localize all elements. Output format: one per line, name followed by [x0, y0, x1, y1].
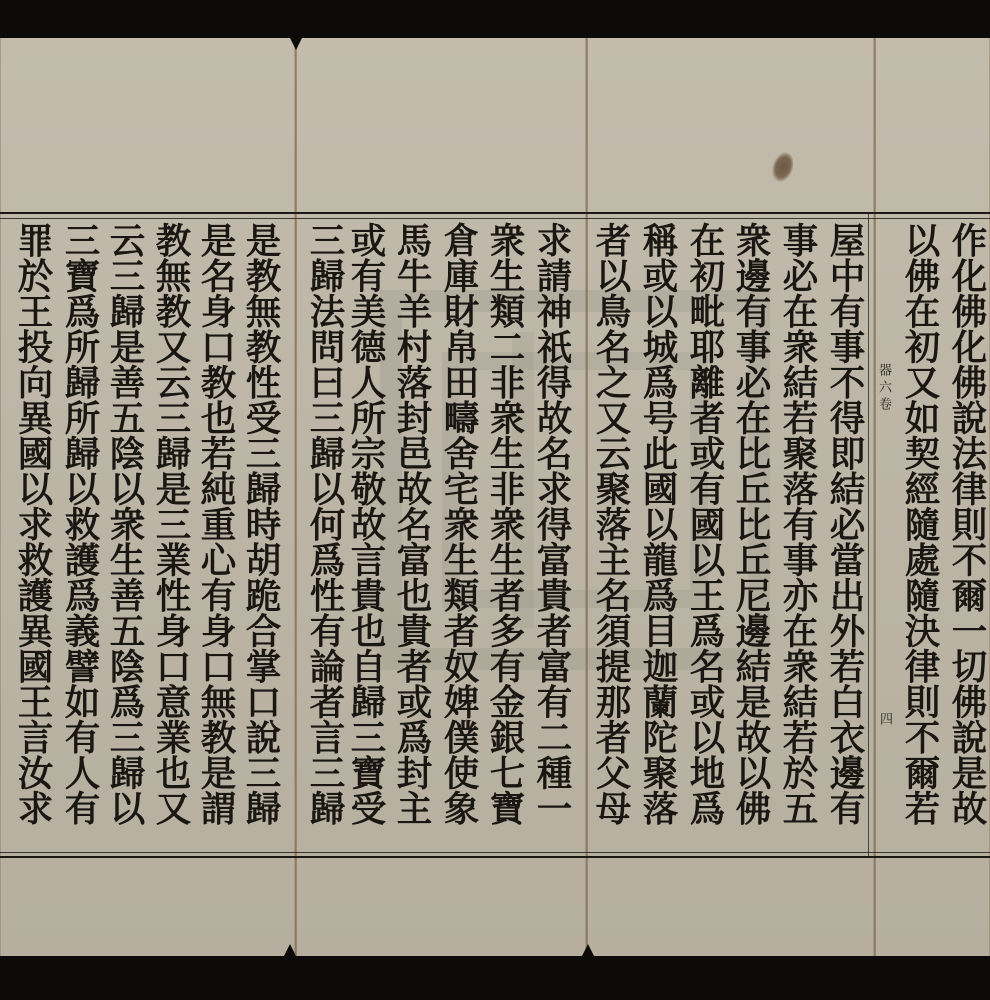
- scanned-book-spread: 器六卷 四 作化佛化佛說法律則不爾一切佛說是故 以佛在初又如契經隨處隨決律則不爾…: [0, 0, 990, 1000]
- margin-divider-line: [868, 212, 869, 858]
- bottom-border-rule-inner: [0, 852, 990, 853]
- text-column: 作化佛化佛說法律則不爾一切佛說是故: [946, 222, 986, 826]
- text-column: 求請神祇得故名求得富貴者富有二種一: [531, 222, 571, 826]
- text-column: 以佛在初又如契經隨處隨決律則不爾若: [899, 222, 939, 826]
- margin-page-number: 四: [877, 712, 891, 729]
- top-border-rule: [0, 212, 990, 214]
- text-column: 者以鳥名之又云聚落主名須提那者父母: [590, 222, 630, 826]
- text-column: 馬牛羊村落封邑故名富也貴者或爲封主: [391, 222, 431, 826]
- text-column: 三歸法問曰三歸以何爲性有論者言三歸: [304, 222, 344, 826]
- page-seam: [294, 38, 297, 956]
- text-column: 衆邊有事必在比丘比丘尼邊結是故以佛: [730, 222, 770, 826]
- text-column: 三寶爲所歸所歸以救護爲義譬如有人有: [59, 222, 99, 826]
- text-column: 云三歸是善五陰以衆生善五陰爲三歸以: [104, 222, 144, 826]
- text-column: 稱或以城爲号此國以龍爲目迦蘭陀聚落: [637, 222, 677, 826]
- text-column: 衆生類二非衆生非衆生者多有金銀七寶: [484, 222, 524, 826]
- text-column: 倉庫財帛田疇舍宅衆生類者奴婢僕使象: [438, 222, 478, 826]
- page-notch: [290, 38, 302, 50]
- text-column: 或有美德人所宗敬故言貴也自歸三寶受: [345, 222, 385, 826]
- text-column: 屋中有事不得即結必當出外若白衣邊有: [824, 222, 864, 826]
- page-seam: [873, 38, 876, 956]
- margin-title: 器六卷: [876, 363, 890, 414]
- top-border-rule-inner: [0, 218, 990, 219]
- bottom-border-rule: [0, 856, 990, 858]
- text-column: 在初毗耶離者或有國以王爲名或以地爲: [684, 222, 724, 826]
- text-column: 是教無教性受三歸時胡跪合掌口說三歸: [240, 222, 280, 826]
- text-column: 事必在衆結若聚落有事亦在衆結若於五: [777, 222, 817, 826]
- text-column: 罪於王投向異國以求救護異國王言汝求: [12, 222, 52, 826]
- text-column: 教無教又云三歸是三業性身口意業也又: [150, 222, 190, 826]
- page-notch: [582, 944, 594, 956]
- page-notch: [284, 944, 296, 956]
- text-column: 是名身口教也若純重心有身口無教是謂: [195, 222, 235, 826]
